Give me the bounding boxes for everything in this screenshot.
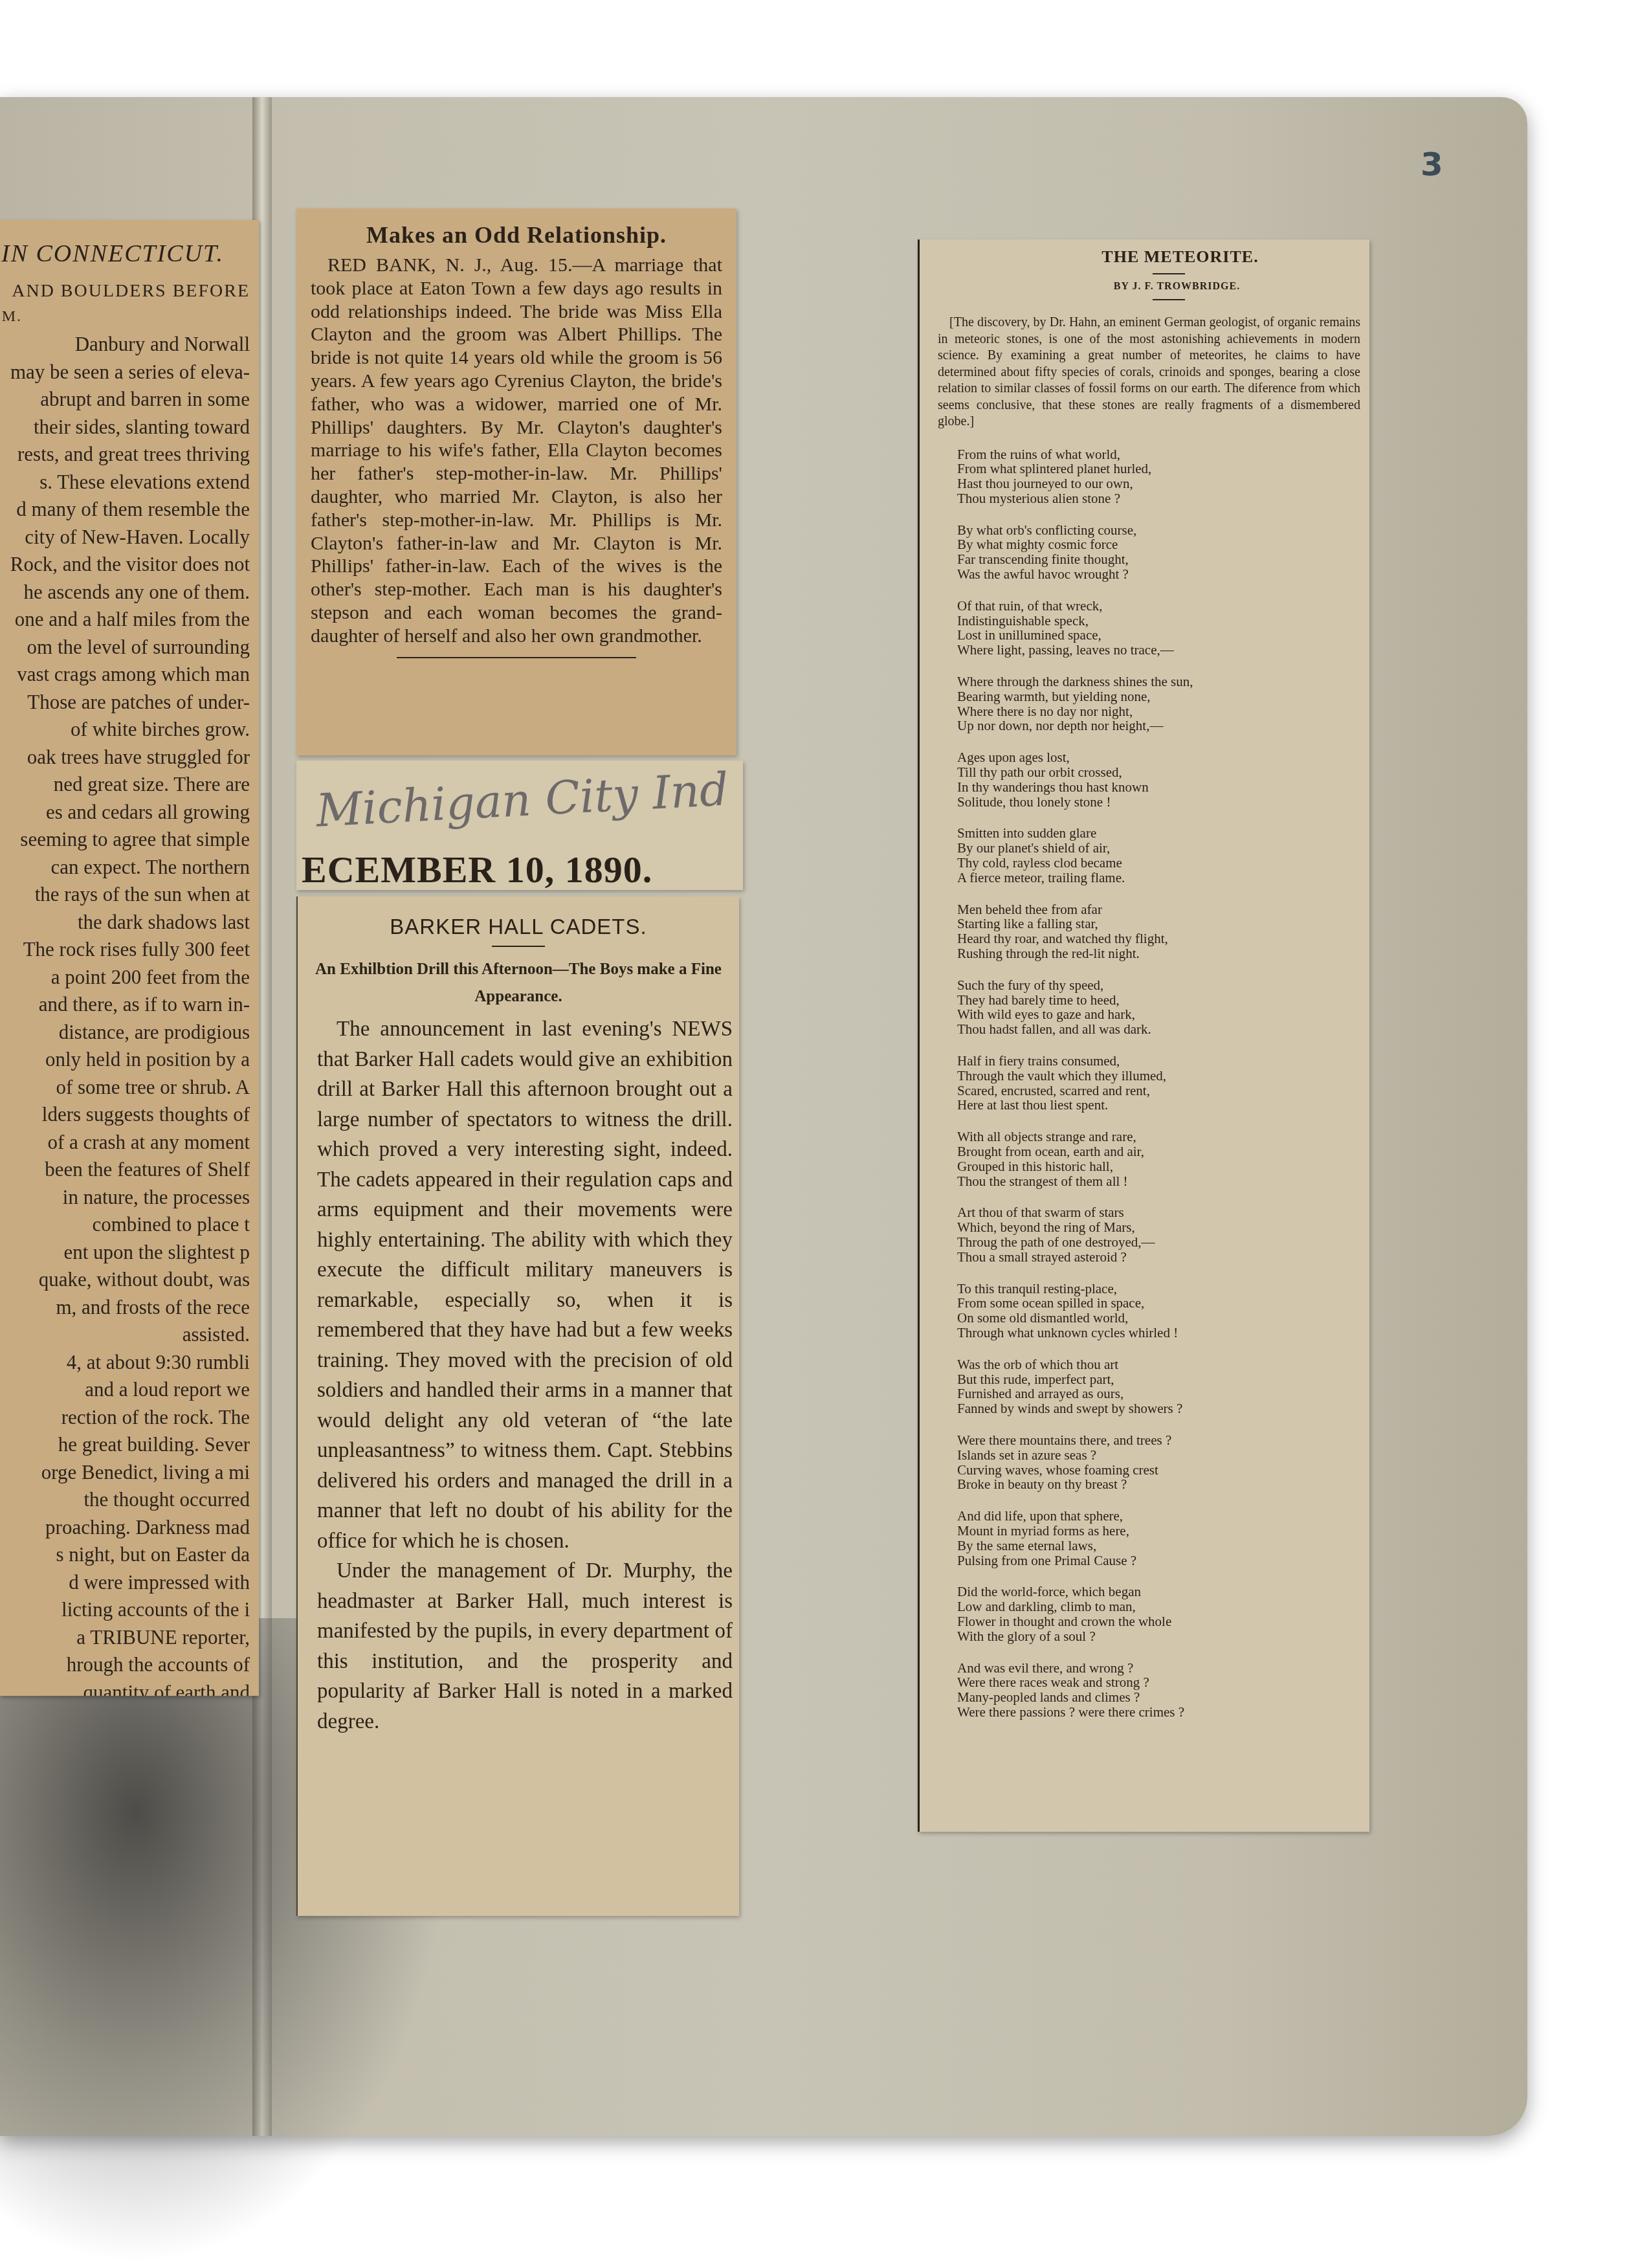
clipping-line: Rock, and the visitor does not bbox=[0, 551, 250, 579]
clipping-line: es and cedars all growing bbox=[0, 799, 250, 827]
connecticut-clipping: IN CONNECTICUT. AND BOULDERS BEFORE EM. … bbox=[0, 220, 259, 1696]
poem-line: Where light, passing, leaves no trace,— bbox=[957, 643, 1369, 658]
poem-line: Was the orb of which thou art bbox=[957, 1357, 1369, 1372]
poem-line: Such the fury of thy speed, bbox=[957, 978, 1369, 993]
clipping-line: vast crags among which man bbox=[0, 661, 250, 689]
poem-line: Thou a small strayed asteroid ? bbox=[957, 1250, 1369, 1265]
poem-stanza: From the ruins of what world,From what s… bbox=[957, 447, 1369, 506]
article-title: BARKER HALL CADETS. bbox=[298, 915, 739, 939]
poem-line: Low and darkling, climb to man, bbox=[957, 1599, 1369, 1614]
poem-line: On some old dismantled world, bbox=[957, 1311, 1369, 1326]
poem-stanza: With all objects strange and rare,Brough… bbox=[957, 1129, 1369, 1188]
clipping-line: in nature, the processes bbox=[0, 1184, 250, 1212]
poem-stanza: To this tranquil resting-place,From some… bbox=[957, 1282, 1369, 1340]
poem-line: Hast thou journeyed to our own, bbox=[957, 476, 1369, 491]
poem-line: Lost in unillumined space, bbox=[957, 628, 1369, 643]
poem-stanza: By what orb's conflicting course,By what… bbox=[957, 523, 1369, 582]
poem-line: Furnished and arrayed as ours, bbox=[957, 1386, 1369, 1401]
clipping-line: rection of the rock. The bbox=[0, 1404, 250, 1432]
poem-line: By our planet's shield of air, bbox=[957, 841, 1369, 856]
poem-stanza: Smitten into sudden glareBy our planet's… bbox=[957, 826, 1369, 885]
poem-byline: BY J. F. TROWBRIDGE. bbox=[984, 281, 1369, 293]
clipping-line: m, and frosts of the rece bbox=[0, 1294, 250, 1322]
poem-stanza: And did life, upon that sphere,Mount in … bbox=[957, 1509, 1369, 1568]
poem-line: And was evil there, and wrong ? bbox=[957, 1661, 1369, 1676]
clipping-line: seeming to agree that simple bbox=[0, 826, 250, 854]
poem-line: Many-peopled lands and climes ? bbox=[957, 1690, 1369, 1705]
clipping-line: orge Benedict, living a mi bbox=[0, 1459, 250, 1487]
poem-line: Where through the darkness shines the su… bbox=[957, 674, 1369, 689]
odd-relationship-clipping: Makes an Odd Relationship. RED BANK, N. … bbox=[296, 208, 736, 755]
clipping-line: the dark shadows last bbox=[0, 909, 250, 937]
clipping-line: lders suggests thoughts of bbox=[0, 1101, 250, 1129]
clipping-line: of a crash at any moment bbox=[0, 1129, 250, 1157]
clipping-line: quake, without doubt, was bbox=[0, 1266, 250, 1294]
clipping-line: abrupt and barren in some bbox=[0, 386, 250, 414]
article-title: Makes an Odd Relationship. bbox=[296, 221, 736, 249]
clipping-line: a point 200 feet from the bbox=[0, 964, 250, 992]
clipping-line: of some tree or shrub. A bbox=[0, 1074, 250, 1102]
poem-line: Grouped in this historic hall, bbox=[957, 1159, 1369, 1174]
poem-line: Far transcending finite thought, bbox=[957, 552, 1369, 567]
poem-stanza: Ages upon ages lost,Till thy path our or… bbox=[957, 750, 1369, 809]
clipping-line: d were impressed with bbox=[0, 1569, 250, 1597]
clipping-line: combined to place t bbox=[0, 1211, 250, 1239]
poem-line: Throug the path of one destroyed,— bbox=[957, 1235, 1369, 1250]
poem-line: With wild eyes to gaze and hark, bbox=[957, 1007, 1369, 1022]
poem-line: By what mighty cosmic force bbox=[957, 537, 1369, 552]
clipping-line: a TRIBUNE reporter, bbox=[0, 1624, 250, 1652]
clipping-line: their sides, slanting toward bbox=[0, 414, 250, 441]
clipping-line: ent upon the slightest p bbox=[0, 1239, 250, 1267]
poem-line: Which, beyond the ring of Mars, bbox=[957, 1220, 1369, 1235]
article-paragraph: The announcement in last evening's NEWS … bbox=[317, 1014, 733, 1556]
poem-stanza: Was the orb of which thou artBut this ru… bbox=[957, 1357, 1369, 1416]
clipping-line: rests, and great trees thriving bbox=[0, 441, 250, 469]
poem-line: Heard thy roar, and watched thy flight, bbox=[957, 931, 1369, 946]
clipping-line: ned great size. There are bbox=[0, 771, 250, 799]
poem-line: Thou hadst fallen, and all was dark. bbox=[957, 1022, 1369, 1037]
poem-line: Men beheld thee from afar bbox=[957, 902, 1369, 917]
article-body: RED BANK, N. J., Aug. 15.—A marriage tha… bbox=[311, 254, 722, 648]
poem-line: Of that ruin, of that wreck, bbox=[957, 599, 1369, 614]
divider bbox=[1153, 299, 1185, 300]
clipping-line: s. These elevations extend bbox=[0, 469, 250, 496]
poem-line: Here at last thou liest spent. bbox=[957, 1098, 1369, 1113]
poem-line: Scared, encrusted, scarred and rent, bbox=[957, 1084, 1369, 1098]
clipping-line: he ascends any one of them. bbox=[0, 579, 250, 606]
poem-line: In thy wanderings thou hast known bbox=[957, 780, 1369, 795]
divider bbox=[397, 657, 636, 658]
clipping-line: The rock rises fully 300 feet bbox=[0, 936, 250, 964]
clipping-line: d many of them resemble the bbox=[0, 496, 250, 524]
clipping-line: may be seen a series of eleva- bbox=[0, 359, 250, 386]
poem-line: Ages upon ages lost, bbox=[957, 750, 1369, 765]
poem-line: Thou mysterious alien stone ? bbox=[957, 491, 1369, 506]
poem-line: And did life, upon that sphere, bbox=[957, 1509, 1369, 1524]
poem-line: Were there races weak and strong ? bbox=[957, 1675, 1369, 1690]
clipping-line: hrough the accounts of bbox=[0, 1651, 250, 1679]
clipping-line: assisted. bbox=[0, 1321, 250, 1349]
poem-line: Fanned by winds and swept by showers ? bbox=[957, 1401, 1369, 1416]
clipping-line: and a loud report we bbox=[0, 1376, 250, 1404]
clipping-line: the rays of the sun when at bbox=[0, 881, 250, 909]
poem-stanza: Art thou of that swarm of starsWhich, be… bbox=[957, 1205, 1369, 1264]
clipping-line: proaching. Darkness mad bbox=[0, 1514, 250, 1542]
meteorite-poem-clipping: THE METEORITE. BY J. F. TROWBRIDGE. [The… bbox=[918, 239, 1369, 1832]
poem-line: Where there is no day nor night, bbox=[957, 704, 1369, 719]
clipping-line: he great building. Sever bbox=[0, 1431, 250, 1459]
poem-stanza: And was evil there, and wrong ?Were ther… bbox=[957, 1661, 1369, 1720]
clipping-line: only held in position by a bbox=[0, 1046, 250, 1074]
clipping-line: quantity of earth and bbox=[0, 1679, 250, 1696]
poem-line: Flower in thought and crown the whole bbox=[957, 1614, 1369, 1629]
clipping-line: and there, as if to warn in- bbox=[0, 991, 250, 1019]
poem-title: THE METEORITE. bbox=[991, 247, 1369, 267]
poem-line: Half in fiery trains consumed, bbox=[957, 1054, 1369, 1069]
poem-line: From some ocean spilled in space, bbox=[957, 1296, 1369, 1311]
poem-stanza: Where through the darkness shines the su… bbox=[957, 674, 1369, 733]
poem-line: By what orb's conflicting course, bbox=[957, 523, 1369, 538]
poem-line: Were there mountains there, and trees ? bbox=[957, 1433, 1369, 1448]
clipping-line: Danbury and Norwall bbox=[0, 331, 250, 359]
clipping-line: the thought occurred bbox=[0, 1486, 250, 1514]
barker-hall-clipping: BARKER HALL CADETS. An Exhilbtion Drill … bbox=[296, 896, 739, 1916]
clipping-subheadline: AND BOULDERS BEFORE bbox=[0, 281, 250, 302]
divider bbox=[492, 946, 545, 947]
poem-introduction: [The discovery, by Dr. Hahn, an eminent … bbox=[938, 315, 1360, 430]
poem-line: Broke in beauty on thy breast ? bbox=[957, 1477, 1369, 1492]
poem-line: Pulsing from one Primal Cause ? bbox=[957, 1553, 1369, 1568]
poem-stanza: Such the fury of thy speed,They had bare… bbox=[957, 978, 1369, 1037]
article-subtitle: An Exhilbtion Drill this Afternoon—The B… bbox=[307, 956, 730, 1010]
poem-stanzas: From the ruins of what world,From what s… bbox=[920, 447, 1369, 1720]
poem-line: From what splintered planet hurled, bbox=[957, 461, 1369, 476]
poem-line: They had barely time to heed, bbox=[957, 993, 1369, 1008]
clipping-line: can expect. The northern bbox=[0, 854, 250, 882]
poem-stanza: Half in fiery trains consumed,Through th… bbox=[957, 1054, 1369, 1113]
poem-stanza: Were there mountains there, and trees ?I… bbox=[957, 1433, 1369, 1492]
poem-line: Were there passions ? were there crimes … bbox=[957, 1705, 1369, 1720]
clipping-line: licting accounts of the i bbox=[0, 1596, 250, 1624]
poem-line: Did the world-force, which began bbox=[957, 1584, 1369, 1599]
clipping-line: oak trees have struggled for bbox=[0, 744, 250, 772]
clipping-line: been the features of Shelf bbox=[0, 1156, 250, 1184]
poem-line: Curving waves, whose foaming crest bbox=[957, 1463, 1369, 1478]
poem-stanza: Did the world-force, which beganLow and … bbox=[957, 1584, 1369, 1643]
clipping-line: om the level of surrounding bbox=[0, 634, 250, 661]
poem-line: To this tranquil resting-place, bbox=[957, 1282, 1369, 1296]
dateline-clipping: Michigan City Ind ECEMBER 10, 1890. bbox=[296, 761, 743, 890]
article-paragraph: Under the management of Dr. Murphy, the … bbox=[317, 1556, 733, 1737]
clipping-line: one and a half miles from the bbox=[0, 606, 250, 634]
clipping-subheadline-tail: EM. bbox=[0, 308, 250, 326]
clipping-body: Danbury and Norwallmay be seen a series … bbox=[0, 331, 250, 1696]
poem-stanza: Of that ruin, of that wreck,Indistinguis… bbox=[957, 599, 1369, 658]
poem-line: Bearing warmth, but yielding none, bbox=[957, 689, 1369, 704]
poem-line: Through what unknown cycles whirled ! bbox=[957, 1326, 1369, 1340]
clipping-line: s night, but on Easter da bbox=[0, 1541, 250, 1569]
poem-line: Till thy path our orbit crossed, bbox=[957, 765, 1369, 780]
poem-line: But this rude, imperfect part, bbox=[957, 1372, 1369, 1387]
poem-line: Smitten into sudden glare bbox=[957, 826, 1369, 841]
poem-line: Rushing through the red-lit night. bbox=[957, 946, 1369, 961]
clipping-line: Those are patches of under- bbox=[0, 689, 250, 717]
clipping-line: of white birches grow. bbox=[0, 716, 250, 744]
clipping-line: 4, at about 9:30 rumbli bbox=[0, 1349, 250, 1377]
poem-line: Mount in myriad forms as here, bbox=[957, 1524, 1369, 1539]
poem-line: Was the awful havoc wrought ? bbox=[957, 567, 1369, 582]
poem-line: Brought from ocean, earth and air, bbox=[957, 1144, 1369, 1159]
poem-line: Solitude, thou lonely stone ! bbox=[957, 795, 1369, 810]
newspaper-date: ECEMBER 10, 1890. bbox=[302, 848, 652, 890]
poem-line: Thy cold, rayless clod became bbox=[957, 856, 1369, 871]
poem-line: Thou the strangest of them all ! bbox=[957, 1174, 1369, 1189]
poem-line: Starting like a falling star, bbox=[957, 917, 1369, 931]
poem-line: Through the vault which they illumed, bbox=[957, 1069, 1369, 1084]
divider bbox=[1153, 273, 1185, 274]
poem-line: Indistinguishable speck, bbox=[957, 614, 1369, 628]
poem-line: Art thou of that swarm of stars bbox=[957, 1205, 1369, 1220]
handwritten-note: Michigan City Ind bbox=[315, 762, 729, 837]
poem-line: With the glory of a soul ? bbox=[957, 1629, 1369, 1644]
poem-line: A fierce meteor, trailing flame. bbox=[957, 871, 1369, 885]
poem-line: By the same eternal laws, bbox=[957, 1539, 1369, 1553]
page-number: 3 bbox=[1421, 146, 1443, 183]
clipping-line: city of New-Haven. Locally bbox=[0, 524, 250, 551]
poem-stanza: Men beheld thee from afarStarting like a… bbox=[957, 902, 1369, 961]
poem-line: Islands set in azure seas ? bbox=[957, 1448, 1369, 1463]
poem-line: Up nor down, nor depth nor height,— bbox=[957, 718, 1369, 733]
clipping-line: distance, are prodigious bbox=[0, 1019, 250, 1047]
poem-line: From the ruins of what world, bbox=[957, 447, 1369, 462]
poem-line: With all objects strange and rare, bbox=[957, 1129, 1369, 1144]
clipping-headline: IN CONNECTICUT. bbox=[0, 239, 250, 268]
